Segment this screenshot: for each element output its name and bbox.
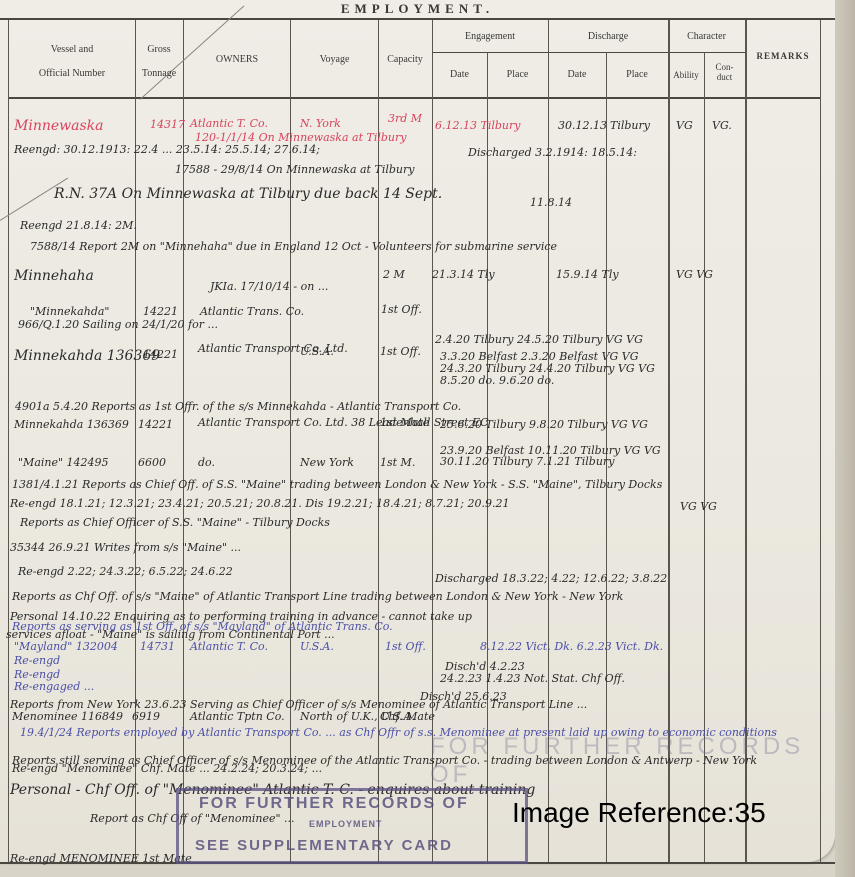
handwritten-entry: 7588/14 Report 2M on "Minnehaha" due in … bbox=[30, 240, 557, 253]
handwritten-entry: Minnekahda 136369 bbox=[14, 418, 129, 431]
handwritten-entry: 1st Off. bbox=[380, 345, 421, 358]
handwritten-entry: Reports as Chf Off. of s/s "Maine" of At… bbox=[12, 590, 623, 603]
handwritten-entry: 1st Mate bbox=[380, 416, 429, 429]
image-reference-label: Image Reference:35 bbox=[512, 797, 766, 829]
header-conduct-line2: duct bbox=[704, 72, 745, 82]
handwritten-entry: VG VG bbox=[680, 500, 717, 513]
handwritten-entry: Atlantic T. Co. bbox=[190, 640, 268, 653]
handwritten-entry: 8.12.22 Vict. Dk. 6.2.23 Vict. Dk. bbox=[480, 640, 663, 653]
handwritten-entry: Tilbury bbox=[610, 119, 650, 132]
handwritten-entry: Atlantic Trans. Co. bbox=[200, 305, 304, 318]
handwritten-entry: 11.8.14 bbox=[530, 196, 572, 209]
handwritten-entry: Re-engd bbox=[14, 654, 60, 667]
handwritten-entry: 1st Off. bbox=[385, 640, 426, 653]
handwritten-entry: U.S.A. bbox=[300, 640, 334, 653]
handwritten-entry: 17588 - 29/8/14 On Minnewaska at Tilbury bbox=[175, 163, 414, 176]
header-vessel: Vessel and Official Number bbox=[10, 44, 134, 80]
rule-subheader bbox=[432, 52, 745, 53]
handwritten-entry: "Mayland" 132004 bbox=[14, 640, 118, 653]
handwritten-entry: 6.12.13 Tilbury bbox=[435, 119, 520, 132]
handwritten-entry: VG. bbox=[712, 119, 732, 132]
column-rule bbox=[8, 20, 9, 862]
header-discharge: Discharge bbox=[548, 31, 668, 43]
handwritten-entry: Minnewaska bbox=[14, 118, 103, 134]
handwritten-entry: 1st M. bbox=[380, 456, 415, 469]
handwritten-entry: 35344 26.9.21 Writes from s/s "Maine" ..… bbox=[10, 541, 241, 554]
handwritten-entry: Re-engaged ... bbox=[14, 680, 94, 693]
handwritten-entry: 21.3.14 Tly bbox=[432, 268, 495, 281]
header-owners: OWNERS bbox=[184, 54, 290, 66]
rule-top bbox=[0, 18, 835, 20]
rule-header-bottom bbox=[8, 97, 820, 99]
header-dis-date: Date bbox=[548, 69, 606, 81]
header-capacity: Capacity bbox=[378, 54, 432, 66]
header-vessel-line2: Official Number bbox=[10, 68, 134, 80]
handwritten-entry: 30.12.13 bbox=[558, 119, 607, 132]
handwritten-entry: 14221 bbox=[138, 418, 173, 431]
handwritten-entry: 14221 bbox=[143, 348, 178, 361]
handwritten-entry: 3rd M bbox=[388, 112, 422, 125]
handwritten-entry: 2 M bbox=[383, 268, 405, 281]
handwritten-entry: Reengd 21.8.14: 2M. bbox=[20, 219, 137, 232]
handwritten-entry: 4901a 5.4.20 Reports as 1st Offr. of the… bbox=[15, 400, 461, 413]
handwritten-entry: Re-engd 18.1.21; 12.3.21; 23.4.21; 20.5.… bbox=[10, 497, 509, 510]
handwritten-entry: 14731 bbox=[140, 640, 175, 653]
handwritten-entry: 8.5.20 do. 9.6.20 do. bbox=[440, 374, 554, 387]
handwritten-entry: Minnehaha bbox=[14, 268, 94, 284]
handwritten-entry: 6919 bbox=[132, 710, 160, 723]
header-eng-place: Place bbox=[487, 69, 548, 81]
handwritten-entry: Menominee 116849 bbox=[12, 710, 123, 723]
stamp-line3: SEE SUPPLEMENTARY CARD bbox=[195, 837, 453, 854]
handwritten-entry: 15.9.14 Tly bbox=[556, 268, 619, 281]
header-tonnage-line2: Tonnage bbox=[136, 68, 182, 80]
header-voyage: Voyage bbox=[291, 54, 378, 66]
handwritten-entry: JKIa. 17/10/14 - on ... bbox=[210, 280, 328, 293]
handwritten-entry: 30.11.20 Tilbury 7.1.21 Tilbury bbox=[440, 455, 614, 468]
header-character: Character bbox=[668, 31, 745, 43]
handwritten-entry: Discharged 18.3.22; 4.22; 12.6.22; 3.8.2… bbox=[435, 572, 667, 585]
handwritten-entry: New York bbox=[300, 456, 354, 469]
handwritten-entry: Re-engd 2.22; 24.3.22; 6.5.22; 24.6.22 bbox=[18, 565, 233, 578]
handwritten-entry: 966/Q.1.20 Sailing on 24/1/20 for ... bbox=[18, 318, 218, 331]
handwritten-entry: Atlantic Tptn Co. bbox=[190, 710, 285, 723]
handwritten-entry: Atlantic T. Co. bbox=[190, 117, 268, 130]
handwritten-entry: 14317 bbox=[150, 118, 185, 131]
handwritten-entry: 24.2.23 1.4.23 Not. Stat. Chf Off. bbox=[440, 672, 625, 685]
handwritten-entry: Re-engd MENOMINEE 1st Mate bbox=[10, 852, 192, 865]
handwritten-entry: VG VG bbox=[676, 268, 713, 281]
handwritten-entry: Reports as Chief Officer of S.S. "Maine"… bbox=[20, 516, 330, 529]
faint-stamp: FOR FURTHER RECORDS OF bbox=[430, 733, 855, 789]
handwritten-entry: 6600 bbox=[138, 456, 166, 469]
stamp-line2: EMPLOYMENT bbox=[309, 819, 383, 829]
header-conduct: Con- duct bbox=[704, 62, 745, 82]
stamp-line1: FOR FURTHER RECORDS OF bbox=[199, 795, 469, 813]
handwritten-entry: N. York bbox=[300, 117, 341, 130]
handwritten-entry: "Minnekahda" bbox=[30, 305, 110, 318]
handwritten-entry: Chf. Mate bbox=[380, 710, 435, 723]
header-tonnage: Gross Tonnage bbox=[136, 44, 182, 80]
handwritten-entry: 25.6.20 Tilbury 9.8.20 Tilbury VG VG bbox=[440, 418, 648, 431]
header-conduct-line1: Con- bbox=[704, 62, 745, 72]
handwritten-entry: Reports as serving as 1st Off. of s/s "M… bbox=[12, 620, 393, 633]
header-eng-date: Date bbox=[432, 69, 487, 81]
handwritten-entry: 2.4.20 Tilbury 24.5.20 Tilbury VG VG bbox=[435, 333, 643, 346]
handwritten-entry: 1st Off. bbox=[381, 303, 422, 316]
handwritten-entry: VG bbox=[676, 119, 693, 132]
handwritten-entry: Discharged 3.2.1914: 18.5.14: bbox=[468, 146, 637, 159]
page-title: EMPLOYMENT. bbox=[0, 1, 835, 17]
header-vessel-line1: Vessel and bbox=[10, 44, 134, 56]
header-engagement: Engagement bbox=[432, 31, 548, 43]
handwritten-entry: Re-engd "Menominee" Chf. Mate ... 24.2.2… bbox=[12, 762, 322, 775]
header-ability: Ability bbox=[668, 69, 704, 81]
header-dis-place: Place bbox=[606, 69, 668, 81]
handwritten-entry: Minnekahda 136369 bbox=[14, 348, 160, 364]
handwritten-entry: Reengd: 30.12.1913: 22.4 ... 23.5.14: 25… bbox=[14, 143, 320, 156]
header-tonnage-line1: Gross bbox=[136, 44, 182, 56]
handwritten-entry: 14221 bbox=[143, 305, 178, 318]
handwritten-entry: "Maine" 142495 bbox=[18, 456, 109, 469]
handwritten-entry: do. bbox=[198, 456, 215, 469]
handwritten-entry: 1381/4.1.21 Reports as Chief Off. of S.S… bbox=[12, 478, 662, 491]
header-remarks: REMARKS bbox=[746, 50, 820, 62]
handwritten-entry: R.N. 37A On Minnewaska at Tilbury due ba… bbox=[54, 186, 442, 202]
supplementary-card-stamp: FOR FURTHER RECORDS OF EMPLOYMENT SEE SU… bbox=[176, 788, 528, 864]
handwritten-entry: U.S.A. bbox=[300, 345, 334, 358]
